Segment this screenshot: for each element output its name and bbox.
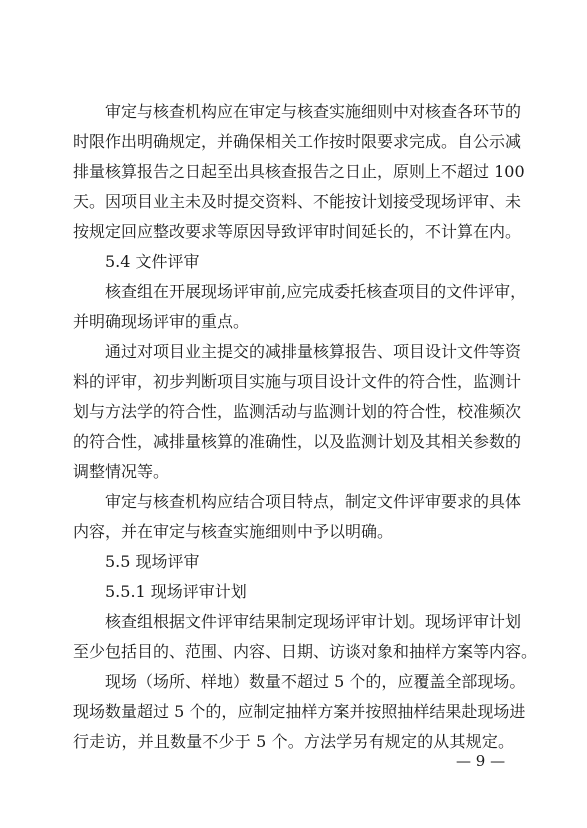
paragraph-2-line-2: 并明确现场评审的重点。 <box>73 311 514 333</box>
paragraph-2-line-1: 核查组在开展现场评审前,应完成委托核查项目的文件评审， <box>105 281 514 303</box>
paragraph-5-line-1: 核查组根据文件评审结果制定现场评审计划。现场评审计划 <box>105 611 514 633</box>
paragraph-5-line-2: 至少包括目的、范围、内容、日期、访谈对象和抽样方案等内容。 <box>73 641 514 663</box>
paragraph-4-line-1: 审定与核查机构应结合项目特点，制定文件评审要求的具体 <box>105 491 514 513</box>
paragraph-6-line-3: 行走访，并且数量不少于 5 个。方法学另有规定的从其规定。 <box>73 731 514 753</box>
paragraph-3-line-1: 通过对项目业主提交的减排量核算报告、项目设计文件等资 <box>105 341 514 363</box>
section-heading-5-5: 5.5 现场评审 <box>105 551 200 573</box>
section-heading-5-5-1: 5.5.1 现场评审计划 <box>105 581 247 603</box>
paragraph-4-line-2: 内容，并在审定与核查实施细则中予以明确。 <box>73 521 514 543</box>
document-page: 审定与核查机构应在审定与核查实施细则中对核查各环节的 时限作出明确规定，并确保相… <box>0 0 587 828</box>
page-number: — 9 — <box>456 751 505 771</box>
section-heading-5-4: 5.4 文件评审 <box>105 251 200 273</box>
paragraph-3-line-4: 的符合性，减排量核算的准确性，以及监测计划及其相关参数的 <box>73 431 514 453</box>
paragraph-1-line-2: 时限作出明确规定，并确保相关工作按时限要求完成。自公示减 <box>73 131 514 153</box>
paragraph-6-line-2: 现场数量超过 5 个的，应制定抽样方案并按照抽样结果赴现场进 <box>73 701 514 723</box>
paragraph-3-line-2: 料的评审，初步判断项目实施与项目设计文件的符合性，监测计 <box>73 371 514 393</box>
paragraph-3-line-5: 调整情况等。 <box>73 461 514 483</box>
paragraph-1-line-4: 天。因项目业主未及时提交资料、不能按计划接受现场评审、未 <box>73 191 514 213</box>
paragraph-1-line-1: 审定与核查机构应在审定与核查实施细则中对核查各环节的 <box>105 101 514 123</box>
paragraph-3-line-3: 划与方法学的符合性，监测活动与监测计划的符合性，校准频次 <box>73 401 514 423</box>
paragraph-1-line-5: 按规定回应整改要求等原因导致评审时间延长的，不计算在内。 <box>73 221 514 243</box>
paragraph-1-line-3: 排量核算报告之日起至出具核查报告之日止，原则上不超过 100 <box>73 161 514 183</box>
paragraph-6-line-1: 现场（场所、样地）数量不超过 5 个的，应覆盖全部现场。 <box>105 671 514 693</box>
